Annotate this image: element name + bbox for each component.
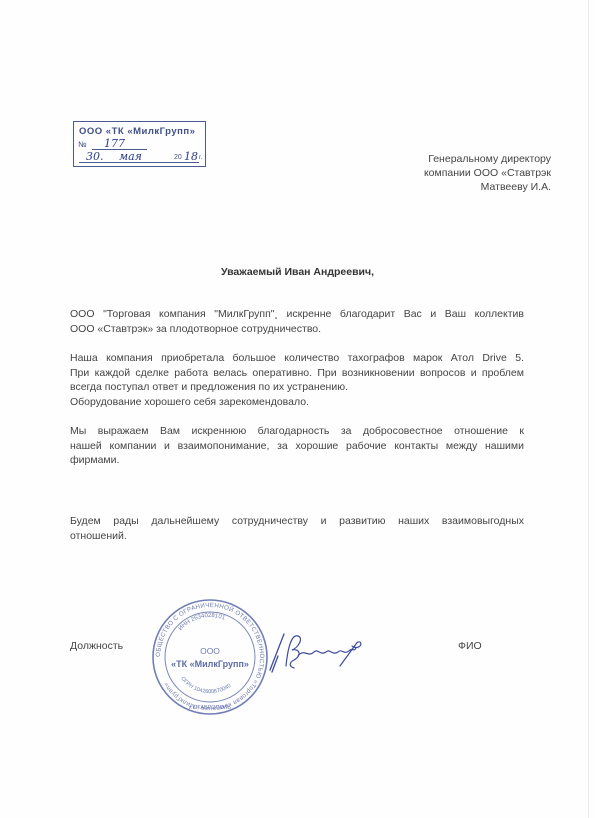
registration-number-label: № [78, 140, 87, 149]
svg-text:ОГРН 1042600670040: ОГРН 1042600670040 [179, 676, 232, 695]
salutation: Уважаемый Иван Андреевич, [0, 266, 595, 278]
paragraph-line: Оборудование хорошего себя зарекомендова… [70, 395, 524, 410]
registration-year-prefix: 20 [174, 154, 182, 161]
paragraph-line: нашей компании и взаимопонимание, за хор… [70, 439, 524, 454]
paragraph-appreciation: Мы выражаем Вам искреннюю благодарность … [70, 424, 524, 468]
paragraph-future-cooperation: Будем рады дальнейшему сотрудничеству и … [70, 514, 524, 543]
paragraph-line: При каждой сделке работа велась оператив… [70, 366, 524, 381]
signature-icon [268, 626, 368, 676]
registration-number-value: 177 [104, 137, 125, 150]
paragraph-line: ООО «Ставтрэк» за плодотворное сотруднич… [70, 322, 524, 337]
registration-stamp: ООО «ТК «МилкГрупп» № 177 30. мая 20 18 … [73, 121, 206, 167]
paragraph-line: Мы выражаем Вам искреннюю благодарность … [70, 424, 524, 439]
name-label: ФИО [458, 640, 482, 652]
paragraph-line: отношений. [70, 529, 524, 544]
registration-month: мая [119, 150, 142, 163]
paragraph-line: всегда поступал ответ и предложения по и… [70, 380, 524, 395]
addressee-line: компании ООО «Ставтрэк [424, 166, 551, 180]
addressee-block: Генеральному директору компании ООО «Ста… [424, 152, 551, 194]
paragraph-line: ООО "Торговая компания "МилкГрупп"¸ искр… [70, 307, 524, 322]
paragraph-line: Будем рады дальнейшему сотрудничеству и … [70, 514, 524, 529]
paragraph-line: Наша компания приобретала большое количе… [70, 351, 524, 366]
company-seal-icon: ОБЩЕСТВО С ОГРАНИЧЕННОЙ ОТВЕТСТВЕННОСТЬЮ… [150, 597, 270, 717]
scan-edge [588, 0, 589, 818]
registration-day: 30. [86, 150, 104, 163]
registration-stamp-company: ООО «ТК «МилкГрупп» [79, 126, 195, 137]
registration-year-suffix: 18 [184, 150, 198, 163]
svg-text:ООО: ООО [200, 646, 220, 656]
addressee-line: Генеральному директору [424, 152, 551, 166]
paragraph-purchases: Наша компания приобретала большое количе… [70, 351, 524, 409]
paragraph-gratitude: ООО "Торговая компания "МилкГрупп"¸ искр… [70, 307, 524, 336]
letter-page: ООО «ТК «МилкГрупп» № 177 30. мая 20 18 … [0, 0, 595, 818]
svg-text:«ТК «МилкГрупп»: «ТК «МилкГрупп» [171, 659, 249, 669]
addressee-line: Матвееву И.А. [424, 180, 551, 194]
paragraph-line: фирмами. [70, 453, 524, 468]
position-label: Должность [70, 640, 123, 652]
registration-year-label: г. [199, 155, 202, 161]
svg-text:г. СТАВРОПОЛЬ: г. СТАВРОПОЛЬ [189, 705, 231, 711]
